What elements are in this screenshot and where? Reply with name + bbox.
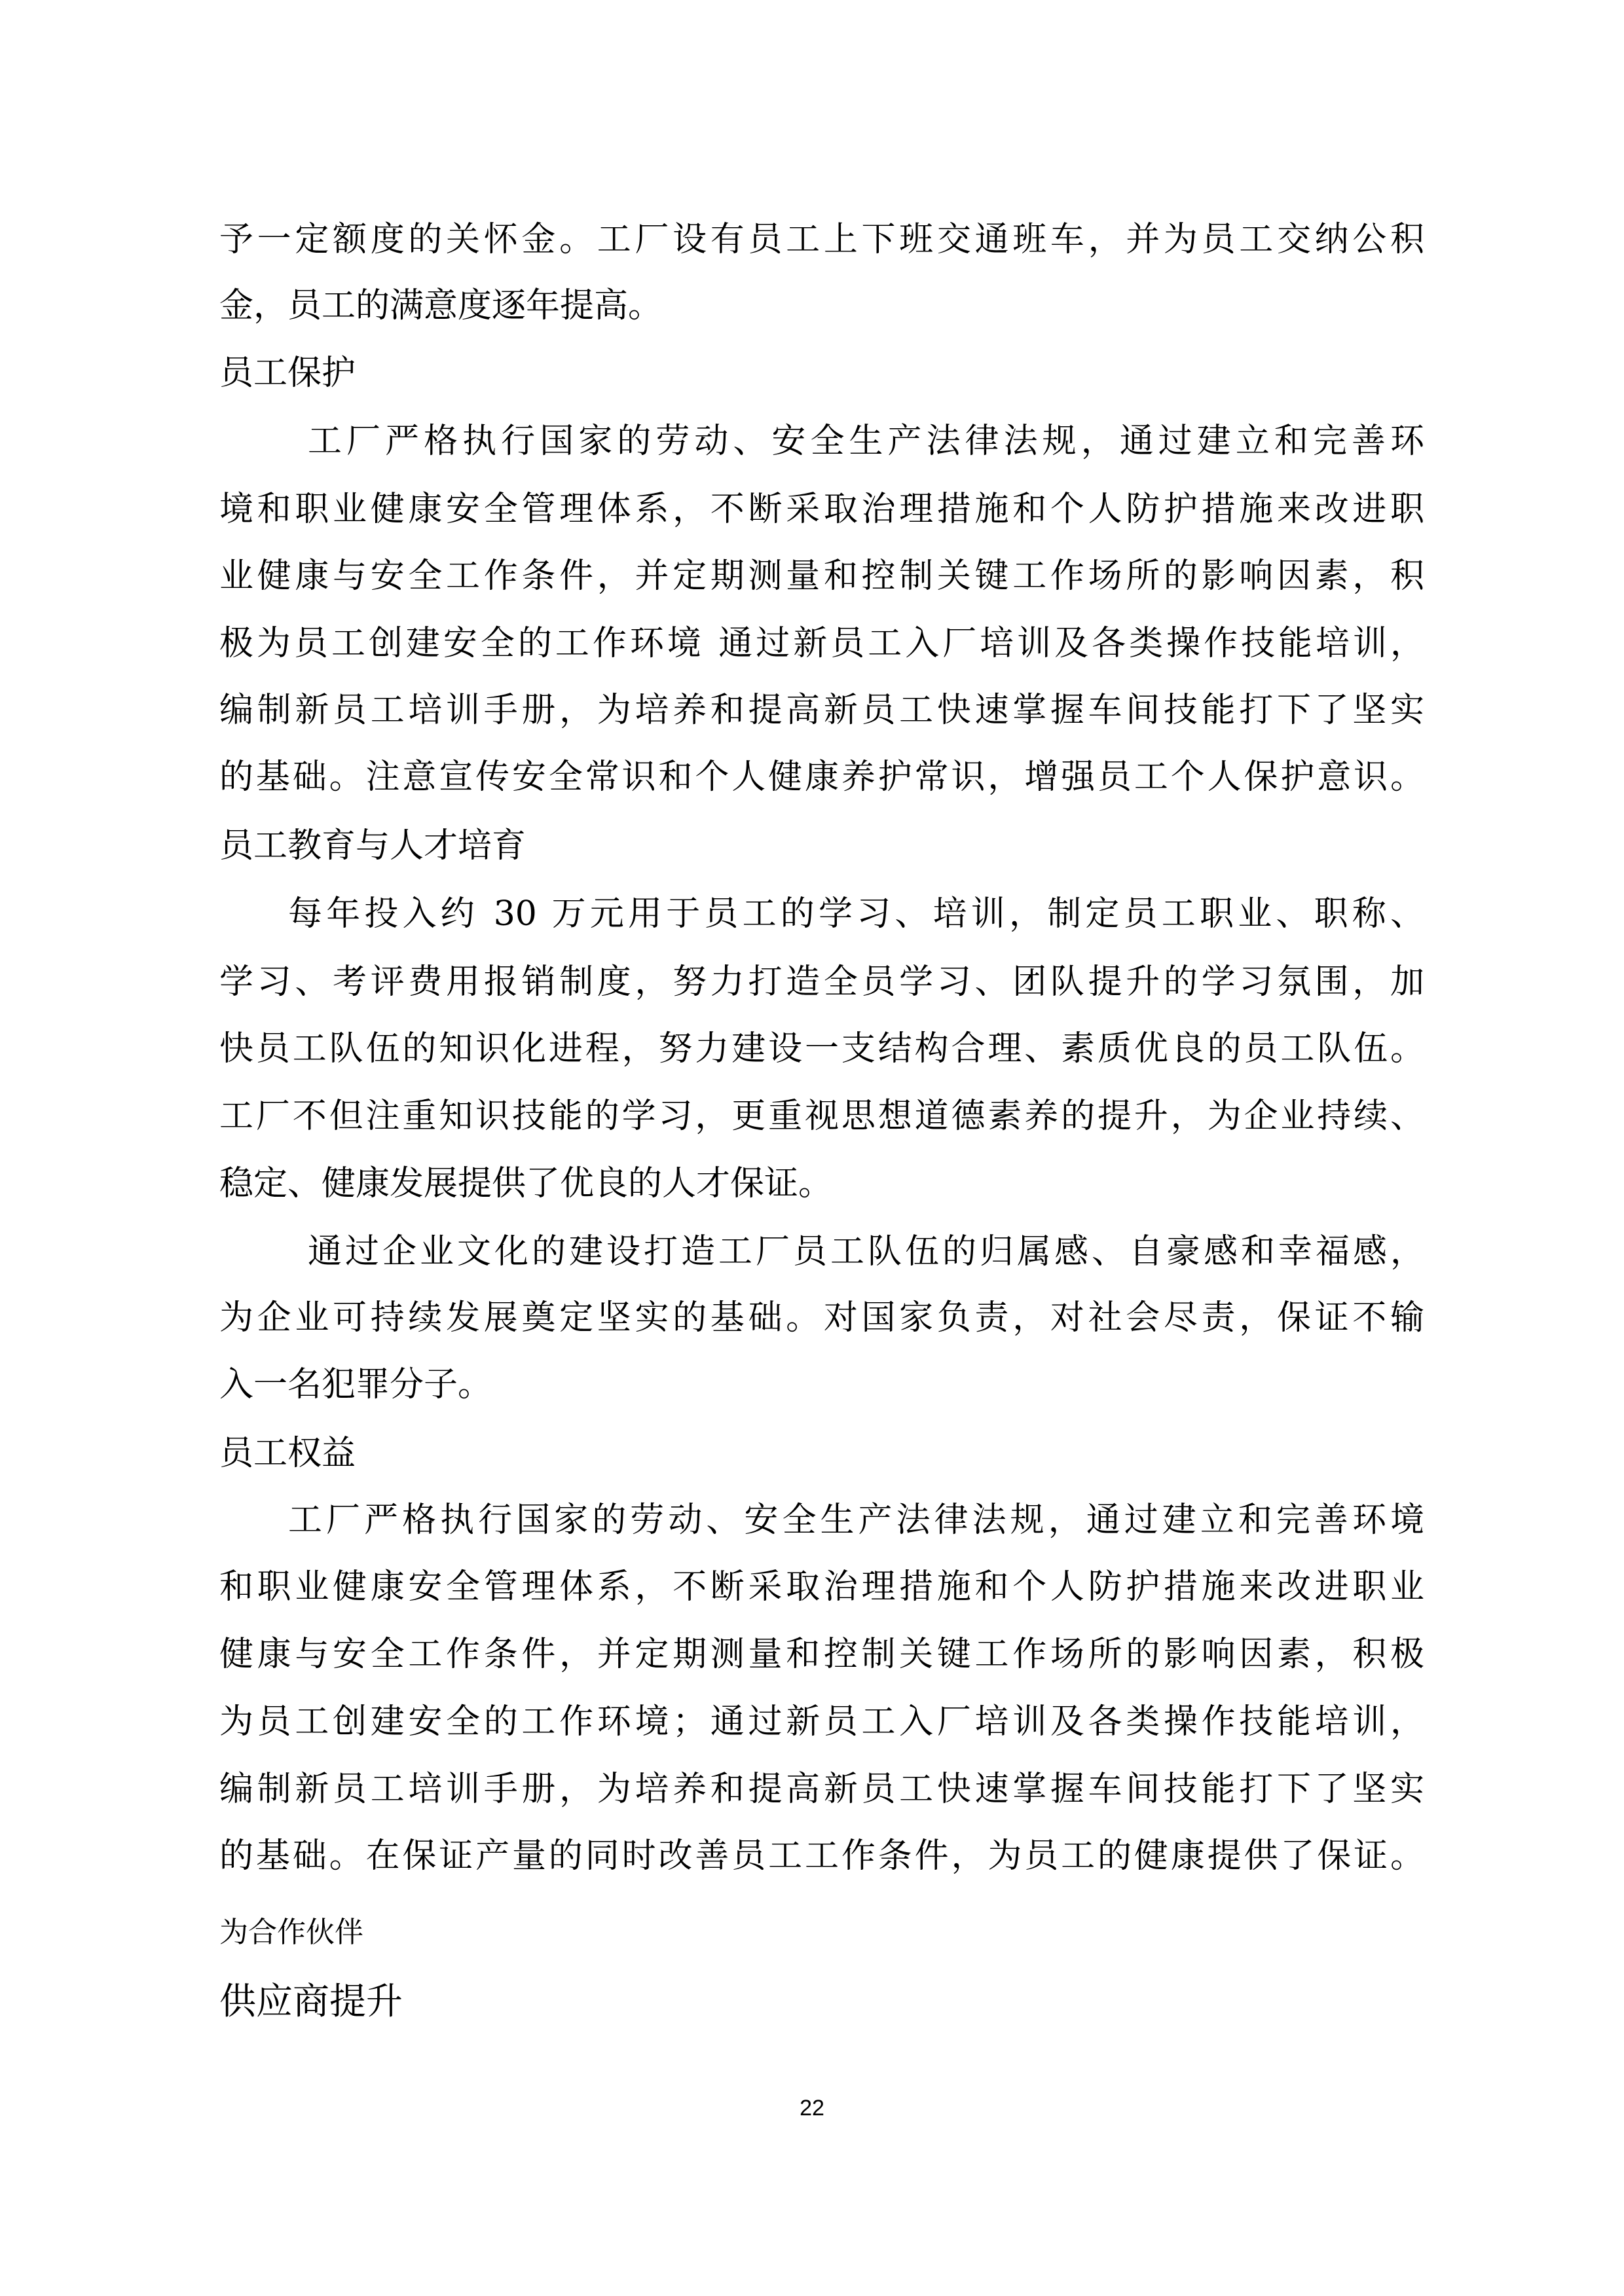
paragraph-line: 为企业可持续发展奠定坚实的基础。对国家负责，对社会尽责，保证不输 xyxy=(219,1298,1424,1338)
paragraph-line: 快员工队伍的知识化进程，努力建设一支结构合理、素质优良的员工队伍。 xyxy=(219,1029,1424,1068)
paragraph-line: 的基础。在保证产量的同时改善员工工作条件，为员工的健康提供了保证。 xyxy=(219,1836,1424,1876)
paragraph-line: 金，员工的满意度逐年提高。 xyxy=(219,286,1424,325)
paragraph-line: 每年投入约 30 万元用于员工的学习、培训，制定员工职业、职称、 xyxy=(288,894,1424,934)
document-page: 予一定额度的关怀金。工厂设有员工上下班交通班车，并为员工交纳公积 金，员工的满意… xyxy=(0,0,1624,2296)
paragraph-line: 为员工创建安全的工作环境；通过新员工入厂培训及各类操作技能培训， xyxy=(219,1702,1424,1741)
page-number: 22 xyxy=(0,2095,1624,2121)
paragraph-line: 和职业健康安全管理体系，不断采取治理措施和个人防护措施来改进职业 xyxy=(219,1567,1424,1607)
paragraph-line: 予一定额度的关怀金。工厂设有员工上下班交通班车，并为员工交纳公积 xyxy=(219,220,1424,259)
paragraph-line: 业健康与安全工作条件，并定期测量和控制关键工作场所的影响因素，积 xyxy=(219,556,1424,596)
paragraph-line: 境和职业健康安全管理体系，不断采取治理措施和个人防护措施来改进职 xyxy=(219,490,1424,529)
paragraph-line: 工厂不但注重知识技能的学习，更重视思想道德素养的提升，为企业持续、 xyxy=(219,1097,1424,1136)
paragraph-line: 通过企业文化的建设打造工厂员工队伍的归属感、自豪感和幸福感， xyxy=(308,1232,1424,1271)
paragraph-line: 极为员工创建安全的工作环境 通过新员工入厂培训及各类操作技能培训， xyxy=(219,624,1424,663)
section-heading-supplier-improvement: 供应商提升 xyxy=(219,1981,403,2023)
section-label-partners: 为合作伙伴 xyxy=(219,1916,363,1950)
paragraph-line: 健康与安全工作条件，并定期测量和控制关键工作场所的影响因素，积极 xyxy=(219,1635,1424,1674)
section-heading-employee-protection: 员工保护 xyxy=(219,354,356,393)
paragraph-line: 编制新员工培训手册，为培养和提高新员工快速掌握车间技能打下了坚实 xyxy=(219,691,1424,730)
paragraph-line: 入一名犯罪分子。 xyxy=(219,1365,1424,1404)
paragraph-line: 工厂严格执行国家的劳动、安全生产法律法规，通过建立和完善环境 xyxy=(288,1501,1424,1540)
paragraph-line: 稳定、健康发展提供了优良的人才保证。 xyxy=(219,1164,1424,1203)
paragraph-line: 编制新员工培训手册，为培养和提高新员工快速掌握车间技能打下了坚实 xyxy=(219,1770,1424,1809)
paragraph-line: 学习、考评费用报销制度，努力打造全员学习、团队提升的学习氛围，加 xyxy=(219,962,1424,1002)
section-heading-employee-rights: 员工权益 xyxy=(219,1434,356,1473)
section-heading-employee-education: 员工教育与人才培育 xyxy=(219,826,526,866)
paragraph-line: 工厂严格执行国家的劳动、安全生产法律法规，通过建立和完善环 xyxy=(308,422,1424,461)
paragraph-line: 的基础。注意宣传安全常识和个人健康养护常识，增强员工个人保护意识。 xyxy=(219,757,1424,797)
